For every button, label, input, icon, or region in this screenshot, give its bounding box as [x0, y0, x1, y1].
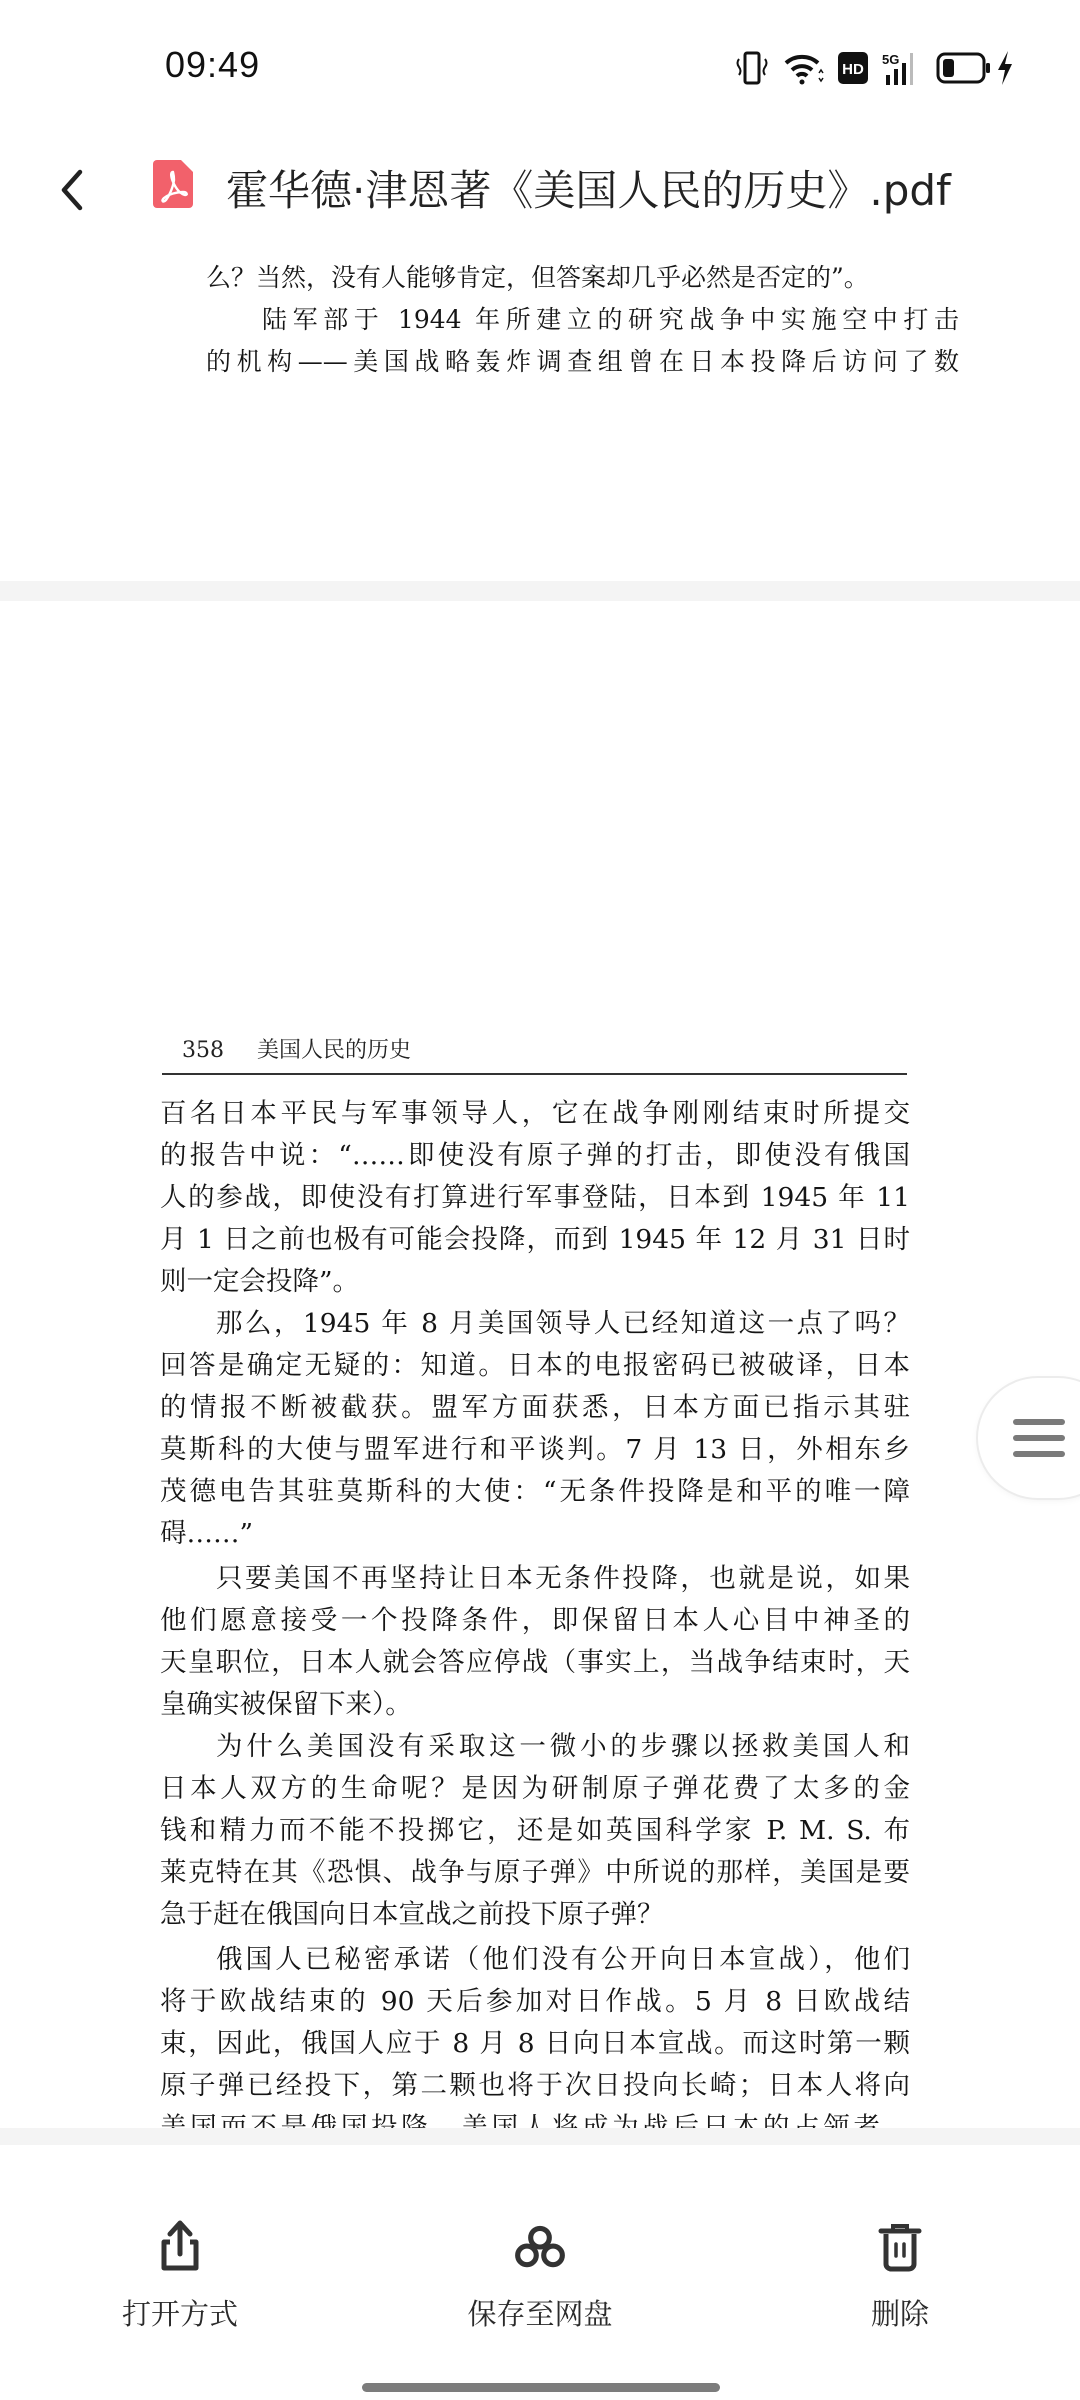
- save-to-cloud-button[interactable]: 保存至网盘: [430, 2220, 650, 2340]
- title-bar: 霍华德·津恩著《美国人民的历史》.pdf: [0, 140, 1080, 240]
- bottom-toolbar: 打开方式 保存至网盘 删除: [0, 2150, 1080, 2400]
- text-line: 的机构——美国战略轰炸调查组曾在日本投降后访问了数: [206, 341, 959, 383]
- page-number: 358: [182, 1038, 224, 1063]
- text-line: 束，因此，俄国人应于 8 月 8 日向日本宣战。而这时第一颗: [160, 2023, 910, 2065]
- pdf-icon: [153, 160, 193, 208]
- document-title: 霍华德·津恩著《美国人民的历史》.pdf: [226, 158, 951, 218]
- vibrate-icon: [734, 51, 770, 85]
- battery-icon: [936, 52, 992, 84]
- status-time: 09:49: [165, 44, 260, 86]
- text-line: 他们愿意接受一个投降条件，即保留日本人心目中神圣的: [160, 1600, 910, 1642]
- text-line: 人的参战，即使没有打算进行军事登陆，日本到 1945 年 11: [160, 1177, 910, 1219]
- cloud-drive-icon: [513, 2220, 567, 2274]
- text-line: 莱克特在其《恐惧、战争与原子弹》中所说的那样，美国是要: [160, 1852, 910, 1894]
- header-rule: [162, 1073, 907, 1075]
- text-line: 百名日本平民与军事领导人，它在战争刚刚结束时所提交: [160, 1093, 910, 1135]
- open-with-label: 打开方式: [122, 2292, 238, 2333]
- running-title: 美国人民的历史: [257, 1038, 411, 1063]
- hd-icon: HD: [838, 52, 868, 84]
- running-header: 358 美国人民的历史: [182, 1033, 411, 1064]
- delete-button[interactable]: 删除: [790, 2220, 1010, 2340]
- text-line: 莫斯科的大使与盟军进行和平谈判。7 月 13 日，外相东乡: [160, 1429, 910, 1471]
- text-line: 天皇职位，日本人就会答应停战（事实上，当战争结束时，天: [160, 1642, 910, 1684]
- chevron-left-icon: [58, 168, 88, 212]
- svg-text:HD: HD: [842, 61, 864, 78]
- save-to-cloud-label: 保存至网盘: [467, 2292, 612, 2333]
- pdf-page-358: 358 美国人民的历史 百名日本平民与军事领导人，它在战争刚刚结束时所提交 的报…: [0, 601, 1080, 2128]
- trash-icon: [873, 2220, 927, 2274]
- delete-label: 删除: [871, 2292, 929, 2333]
- text-line: 俄国人已秘密承诺（他们没有公开向日本宣战），他们: [160, 1939, 910, 1981]
- text-line: 茂德电告其驻莫斯科的大使：“无条件投降是和平的唯一障: [160, 1471, 910, 1513]
- text-line: 么？当然，没有人能够肯定，但答案却几乎必然是否定的”。: [206, 257, 862, 299]
- text-line: 碍……”: [160, 1513, 910, 1555]
- text-line: 只要美国不再坚持让日本无条件投降，也就是说，如果: [160, 1558, 910, 1600]
- page-separator: [0, 581, 1080, 601]
- share-icon: [153, 2220, 207, 2274]
- page-separator: [0, 2128, 1080, 2145]
- svg-text:5G: 5G: [882, 52, 899, 67]
- text-line: 那么，1945 年 8 月美国领导人已经知道这一点了吗？: [160, 1303, 910, 1345]
- text-line: 的情报不断被截获。盟军方面获悉，日本方面已指示其驻: [160, 1387, 910, 1429]
- status-icons: HD 5G: [734, 48, 1014, 88]
- text-line: 则一定会投降”。: [160, 1261, 910, 1303]
- text-line: 为什么美国没有采取这一微小的步骤以拯救美国人和: [160, 1726, 910, 1768]
- home-indicator[interactable]: [362, 2383, 720, 2392]
- 5g-signal-icon: 5G: [882, 51, 922, 85]
- charging-icon: [996, 51, 1014, 85]
- open-with-button[interactable]: 打开方式: [70, 2220, 290, 2340]
- text-line: 的报告中说：“……即使没有原子弹的打击，即使没有俄国: [160, 1135, 910, 1177]
- text-line: 钱和精力而不能不投掷它，还是如英国科学家 P. M. S. 布: [160, 1810, 910, 1852]
- text-line: 原子弹已经投下，第二颗也将于次日投向长崎；日本人将向: [160, 2065, 910, 2107]
- pdf-viewer[interactable]: 么？当然，没有人能够肯定，但答案却几乎必然是否定的”。 陆军部于 1944 年所…: [0, 245, 1080, 2145]
- text-line: 急于赶在俄国向日本宣战之前投下原子弹？: [160, 1894, 910, 1936]
- back-button[interactable]: [48, 160, 98, 220]
- pdf-page-previous: 么？当然，没有人能够肯定，但答案却几乎必然是否定的”。 陆军部于 1944 年所…: [0, 245, 1080, 581]
- text-line: 月 1 日之前也极有可能会投降，而到 1945 年 12 月 31 日时: [160, 1219, 910, 1261]
- text-line: 陆军部于 1944 年所建立的研究战争中实施空中打击: [206, 299, 959, 341]
- text-line: 将于欧战结束的 90 天后参加对日作战。5 月 8 日欧战结: [160, 1981, 910, 2023]
- text-line: 皇确实被保留下来）。: [160, 1684, 910, 1726]
- wifi-icon: [784, 51, 824, 85]
- status-bar: 09:49 HD 5G: [0, 0, 1080, 130]
- menu-icon: [1013, 1419, 1065, 1457]
- text-line: 日本人双方的生命呢？是因为研制原子弹花费了太多的金: [160, 1768, 910, 1810]
- text-line: 回答是确定无疑的：知道。日本的电报密码已被破译，日本: [160, 1345, 910, 1387]
